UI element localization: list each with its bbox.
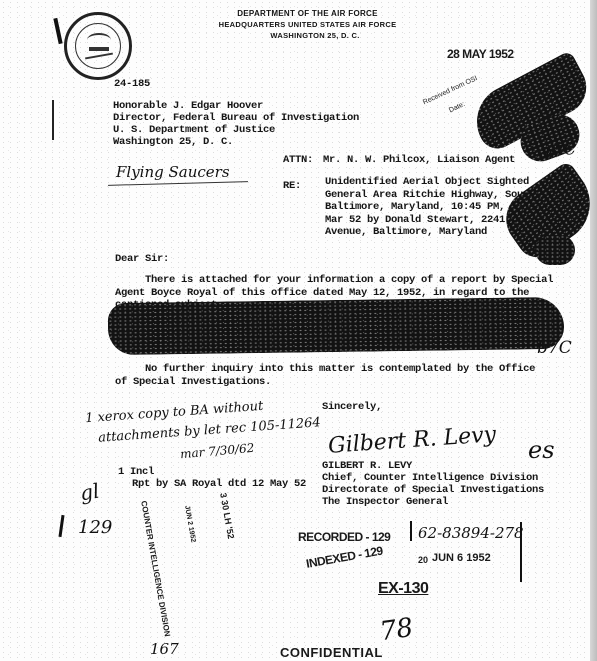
signer-title-3: The Inspector General: [322, 496, 448, 509]
scan-edge: [590, 0, 597, 661]
stamp-bracket: [520, 522, 522, 582]
file-number-handwritten: 62-83894-278: [418, 524, 524, 542]
confidential-stamp: CONFIDENTIAL: [280, 645, 383, 660]
re-line: Avenue, Baltimore, Maryland: [325, 226, 535, 239]
received-stamp: Received from OSI: [422, 75, 479, 106]
addressee-line2: Director, Federal Bureau of Investigatio…: [113, 112, 359, 125]
enclosure-description: Rpt by SA Royal dtd 12 May 52: [132, 478, 306, 491]
re-block: Unidentified Aerial Object Sighted Gener…: [325, 176, 535, 239]
signer-title-2: Directorate of Special Investigations: [322, 484, 544, 497]
closing: Sincerely,: [322, 401, 382, 414]
letterhead-line1: DEPARTMENT OF THE AIR FORCE: [215, 9, 400, 18]
re-line: Mar 52 by Donald Stewart, 2241 Warr: [325, 214, 535, 227]
received-date-label: Date:: [448, 101, 466, 114]
signer-title-1: Chief, Counter Intelligence Division: [322, 472, 538, 485]
re-label: RE:: [283, 180, 301, 193]
addressee-line3: U. S. Department of Justice: [113, 124, 275, 137]
body-paragraph-2: No further inquiry into this matter is c…: [115, 363, 535, 388]
redaction-code: b7C: [537, 338, 572, 358]
salutation: Dear Sir:: [115, 253, 169, 266]
margin-mark: [58, 515, 64, 537]
small-stamp: 20: [418, 555, 428, 565]
signer-name: GILBERT R. LEVY: [322, 460, 412, 473]
letterhead-line2: HEADQUARTERS UNITED STATES AIR FORCE: [210, 20, 405, 29]
re-line: Baltimore, Maryland, 10:45 PM, 29: [325, 201, 535, 214]
date-stamp: 28 MAY 1952: [447, 47, 514, 61]
indexed-stamp: INDEXED - 129: [305, 544, 384, 571]
addressee-line4: Washington 25, D. C.: [113, 136, 233, 149]
rotated-stamp: COUNTER INTELLIGENCE DIVISION: [139, 500, 172, 637]
jun-date-stamp: JUN 6 1952: [432, 552, 491, 564]
recorded-stamp: RECORDED - 129: [298, 530, 390, 544]
margin-number: 167: [150, 640, 179, 658]
file-number: 24-185: [114, 78, 150, 91]
letterhead-line3: WASHINGTON 25, D. C.: [245, 31, 385, 40]
rotated-stamp: 3 30 LH '52: [218, 492, 236, 540]
redaction-block: [535, 235, 575, 265]
redaction-block: [108, 297, 565, 355]
initials: es: [528, 436, 555, 464]
margin-mark: [53, 18, 62, 44]
margin-mark: [52, 100, 54, 140]
stamp-bracket: [410, 521, 412, 541]
margin-number: 78: [378, 613, 415, 647]
handwritten-signature: Gilbert R. Levy: [327, 422, 496, 459]
rotated-stamp: JUN 2 1952: [183, 505, 196, 543]
re-line: Unidentified Aerial Object Sighted: [325, 176, 535, 189]
re-line: General Area Ritchie Highway, South: [325, 189, 535, 202]
air-force-seal-icon: [64, 12, 132, 80]
handwritten-note-line3: mar 7/30/62: [180, 441, 255, 461]
attn-value: Mr. N. W. Philcox, Liaison Agent: [323, 154, 515, 167]
underline: [108, 181, 248, 186]
initials: gl: [78, 479, 101, 506]
document-page: DEPARTMENT OF THE AIR FORCE HEADQUARTERS…: [0, 0, 590, 661]
redaction-code: b7C: [544, 139, 577, 162]
handwritten-subject: Flying Saucers: [116, 163, 230, 181]
enclosure-count: 1 Incl: [118, 466, 154, 479]
margin-number: 129: [78, 517, 112, 538]
attn-label: ATTN:: [283, 154, 313, 167]
ex-stamp: EX-130: [378, 580, 428, 598]
addressee-line1: Honorable J. Edgar Hoover: [113, 100, 263, 113]
